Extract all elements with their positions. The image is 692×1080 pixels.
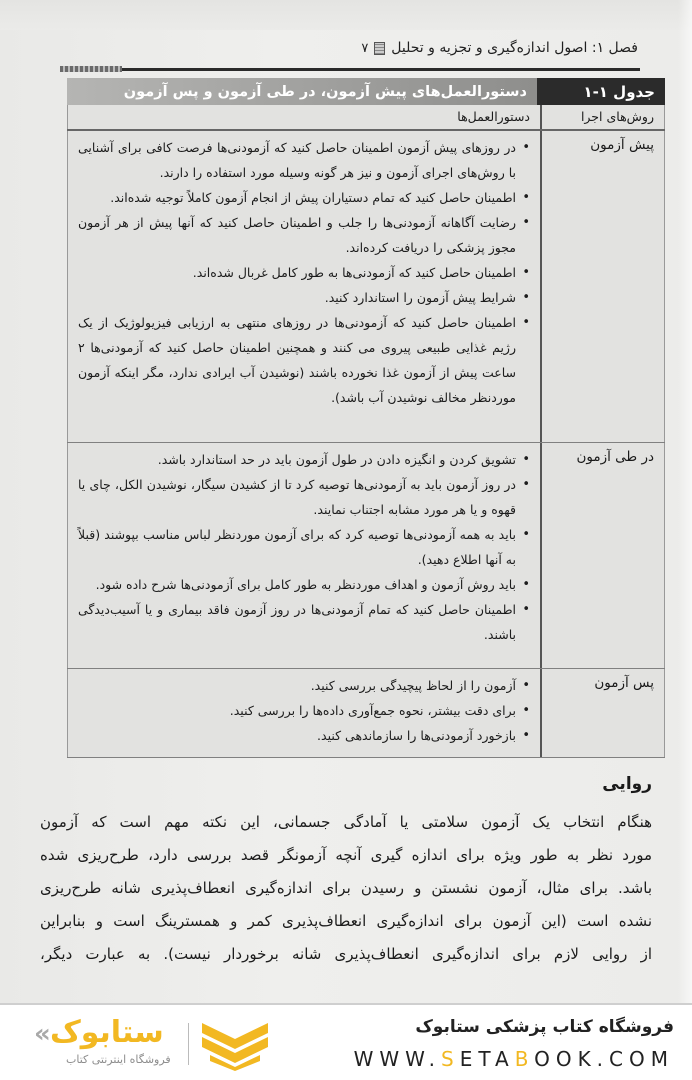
table-1-1: جدول ۱-۱ دستورالعمل‌های پیش آزمون، در طی… — [67, 78, 665, 758]
list-item: اطمینان حاصل کنید که آزمودنی‌ها در روزها… — [78, 310, 530, 410]
page-top-shadow — [0, 0, 692, 30]
paragraph-line: باشد. برای مثال، آزمون نشستن و رسیدن برا… — [40, 872, 652, 905]
list-item: در روز آزمون باید به آزمودنی‌ها توصیه کر… — [78, 472, 530, 522]
procedures-cell: تشویق کردن و انگیزه دادن در طول آزمون با… — [67, 443, 540, 668]
paragraph-line: هنگام انتخاب یک آزمون سلامتی یا آمادگی ج… — [40, 806, 652, 839]
watermark-banner: « ستابوک فروشگاه اینترنتی کتاب فروشگاه ک… — [0, 1003, 692, 1080]
page-edge-highlight — [678, 0, 692, 1003]
table-title-bar: جدول ۱-۱ دستورالعمل‌های پیش آزمون، در طی… — [67, 78, 665, 105]
method-cell: پس آزمون — [540, 669, 665, 757]
list-item: باید به همه آزمودنی‌ها توصیه کرد که برای… — [78, 522, 530, 572]
list-item: اطمینان حاصل کنید که تمام آزمودنی‌ها در … — [78, 597, 530, 647]
running-head-title: فصل ۱: اصول اندازه‌گیری و تجزیه و تحلیل — [391, 40, 638, 56]
list-item: تشویق کردن و انگیزه دادن در طول آزمون با… — [78, 447, 530, 472]
procedures-cell: آزمون را از لحاظ پیچیدگی بررسی کنید. برا… — [67, 669, 540, 757]
list-item: برای دقت بیشتر، نحوه جمع‌آوری داده‌ها را… — [78, 698, 530, 723]
list-item: آزمون را از لحاظ پیچیدگی بررسی کنید. — [78, 673, 530, 698]
chevron-stack-icon — [200, 1021, 270, 1071]
setabook-logo[interactable]: « ستابوک فروشگاه اینترنتی کتاب — [30, 1015, 280, 1075]
list-item: در روزهای پیش آزمون اطمینان حاصل کنید که… — [78, 135, 530, 185]
logo-tagline: فروشگاه اینترنتی کتاب — [66, 1053, 171, 1066]
table-number-badge: جدول ۱-۱ — [537, 78, 665, 105]
table-caption: دستورالعمل‌های پیش آزمون، در طی آزمون و … — [67, 78, 537, 105]
header-rule-pattern — [60, 66, 122, 72]
page-number: ۷ — [361, 41, 368, 56]
list-item: باید روش آزمون و اهداف موردنظر به طور کا… — [78, 572, 530, 597]
running-head: فصل ۱: اصول اندازه‌گیری و تجزیه و تحلیل … — [38, 40, 638, 56]
logo-wordmark: ستابوک — [50, 1015, 164, 1050]
list-item: شرایط پیش آزمون را استاندارد کنید. — [78, 285, 530, 310]
list-item: بازخورد آزمودنی‌ها را سازماندهی کنید. — [78, 723, 530, 748]
store-name: فروشگاه کتاب پزشکی ستابوک — [415, 1017, 674, 1037]
table-row-during-test: در طی آزمون تشویق کردن و انگیزه دادن در … — [67, 443, 665, 669]
table-row-posttest: پس آزمون آزمون را از لحاظ پیچیدگی بررسی … — [67, 669, 665, 758]
paragraph-line: از روایی لازم برای اندازه‌گیری انعطاف‌پذ… — [40, 938, 652, 971]
list-item: رضایت آگاهانه آزمودنی‌ها را جلب و اطمینا… — [78, 210, 530, 260]
url-part: WWW. — [354, 1047, 441, 1071]
logo-divider — [188, 1023, 189, 1065]
column-header-method: روش‌های اجرا — [540, 105, 665, 129]
book-page: فصل ۱: اصول اندازه‌گیری و تجزیه و تحلیل … — [0, 0, 692, 1003]
list-item: اطمینان حاصل کنید که تمام دستیاران پیش ا… — [78, 185, 530, 210]
paragraph-line: مورد نظر به طور ویژه برای اندازه گیری آن… — [40, 839, 652, 872]
store-url-link[interactable]: WWW.SETABOOK.COM — [354, 1047, 674, 1071]
url-accent-letter: B — [515, 1047, 534, 1071]
method-cell: پیش آزمون — [540, 131, 665, 442]
url-accent-letter: S — [441, 1047, 460, 1071]
paragraph-line: نشده است (این آزمون برای اندازه‌گیری انع… — [40, 905, 652, 938]
header-rule — [60, 68, 640, 71]
table-row-pretest: پیش آزمون در روزهای پیش آزمون اطمینان حا… — [67, 131, 665, 443]
url-part: OOK.COM — [534, 1047, 674, 1071]
section-heading: روایی — [602, 774, 652, 794]
list-item: اطمینان حاصل کنید که آزمودنی‌ها به طور ک… — [78, 260, 530, 285]
procedures-cell: در روزهای پیش آزمون اطمینان حاصل کنید که… — [67, 131, 540, 442]
url-part: ETA — [460, 1047, 515, 1071]
page-marker-icon — [374, 42, 385, 55]
column-header-procedures: دستورالعمل‌ها — [67, 105, 540, 129]
double-chevron-left-icon: « — [34, 1019, 51, 1049]
body-paragraph: هنگام انتخاب یک آزمون سلامتی یا آمادگی ج… — [40, 806, 652, 971]
method-cell: در طی آزمون — [540, 443, 665, 668]
table-header-row: روش‌های اجرا دستورالعمل‌ها — [67, 105, 665, 131]
